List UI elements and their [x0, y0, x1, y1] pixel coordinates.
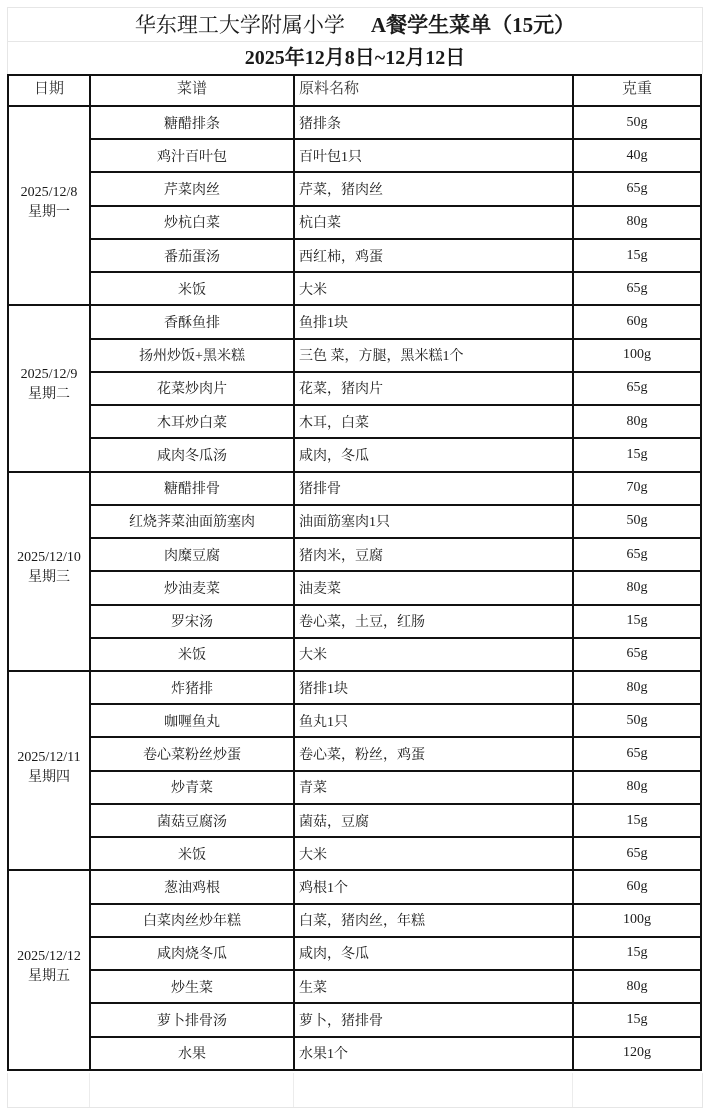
table-header-row: 日期 菜谱 原料名称 克重	[9, 76, 700, 107]
table-row: 米饭 大米 65g	[91, 838, 700, 869]
dish-cell: 鸡汁百叶包	[91, 140, 295, 171]
date-label: 2025/12/9	[21, 365, 78, 385]
date-cell: 2025/12/10 星期三	[9, 473, 91, 670]
table-row: 水果 水果1个 120g	[91, 1038, 700, 1069]
school-name: 华东理工大学附属小学	[135, 13, 345, 37]
day-group: 2025/12/11 星期四 炸猪排 猪排1块 80g 咖喱鱼丸 鱼丸1只 50…	[9, 672, 700, 871]
page-title: 华东理工大学附属小学A餐学生菜单（15元）	[8, 8, 702, 42]
day-items: 炸猪排 猪排1块 80g 咖喱鱼丸 鱼丸1只 50g 卷心菜粉丝炒蛋 卷心菜，粉…	[91, 672, 700, 869]
ingredients-cell: 大米	[295, 639, 574, 670]
weight-cell: 80g	[574, 672, 700, 703]
weight-cell: 15g	[574, 938, 700, 969]
weight-cell: 65g	[574, 273, 700, 304]
table-row: 卷心菜粉丝炒蛋 卷心菜，粉丝，鸡蛋 65g	[91, 738, 700, 771]
date-label: 2025/12/12	[17, 947, 81, 967]
dish-cell: 咖喱鱼丸	[91, 705, 295, 736]
weight-cell: 65g	[574, 838, 700, 869]
table-row: 炒青菜 青菜 80g	[91, 772, 700, 805]
weight-cell: 100g	[574, 905, 700, 936]
day-group: 2025/12/10 星期三 糖醋排骨 猪排骨 70g 红烧荠菜油面筋塞肉 油面…	[9, 473, 700, 672]
day-items: 葱油鸡根 鸡根1个 60g 白菜肉丝炒年糕 白菜，猪肉丝，年糕 100g 咸肉烧…	[91, 871, 700, 1068]
date-range-subtitle: 2025年12月8日~12月12日	[8, 42, 702, 74]
weekday-label: 星期一	[28, 203, 70, 223]
day-items: 糖醋排骨 猪排骨 70g 红烧荠菜油面筋塞肉 油面筋塞肉1只 50g 肉糜豆腐 …	[91, 473, 700, 670]
dish-cell: 菌菇豆腐汤	[91, 805, 295, 836]
table-row: 红烧荠菜油面筋塞肉 油面筋塞肉1只 50g	[91, 506, 700, 539]
ingredients-cell: 猪排1块	[295, 672, 574, 703]
dish-cell: 扬州炒饭+黑米糕	[91, 340, 295, 371]
weekday-label: 星期三	[28, 568, 70, 588]
table-row: 糖醋排骨 猪排骨 70g	[91, 473, 700, 506]
date-cell: 2025/12/11 星期四	[9, 672, 91, 869]
dish-cell: 米饭	[91, 838, 295, 869]
dish-cell: 咸肉烧冬瓜	[91, 938, 295, 969]
ingredients-cell: 鱼排1块	[295, 306, 574, 337]
dish-cell: 炒青菜	[91, 772, 295, 803]
weight-cell: 80g	[574, 772, 700, 803]
header-weight: 克重	[574, 76, 700, 105]
table-row: 菌菇豆腐汤 菌菇，豆腐 15g	[91, 805, 700, 838]
weight-cell: 70g	[574, 473, 700, 504]
day-group: 2025/12/8 星期一 糖醋排条 猪排条 50g 鸡汁百叶包 百叶包1只 4…	[9, 107, 700, 306]
dish-cell: 糖醋排条	[91, 107, 295, 138]
weekday-label: 星期二	[28, 385, 70, 405]
weight-cell: 15g	[574, 606, 700, 637]
dish-cell: 番茄蛋汤	[91, 240, 295, 271]
weight-cell: 120g	[574, 1038, 700, 1069]
weight-cell: 65g	[574, 738, 700, 769]
ingredients-cell: 青菜	[295, 772, 574, 803]
empty-cell	[294, 1073, 573, 1107]
ingredients-cell: 咸肉，冬瓜	[295, 938, 574, 969]
weekday-label: 星期五	[28, 967, 70, 987]
dish-cell: 白菜肉丝炒年糕	[91, 905, 295, 936]
weight-cell: 15g	[574, 805, 700, 836]
dish-cell: 红烧荠菜油面筋塞肉	[91, 506, 295, 537]
day-items: 糖醋排条 猪排条 50g 鸡汁百叶包 百叶包1只 40g 芹菜肉丝 芹菜，猪肉丝…	[91, 107, 700, 304]
weight-cell: 50g	[574, 107, 700, 138]
weight-cell: 80g	[574, 572, 700, 603]
dish-cell: 糖醋排骨	[91, 473, 295, 504]
table-row: 鸡汁百叶包 百叶包1只 40g	[91, 140, 700, 173]
date-cell: 2025/12/9 星期二	[9, 306, 91, 470]
ingredients-cell: 大米	[295, 838, 574, 869]
table-row: 香酥鱼排 鱼排1块 60g	[91, 306, 700, 339]
weight-cell: 80g	[574, 971, 700, 1002]
weight-cell: 40g	[574, 140, 700, 171]
date-label: 2025/12/10	[17, 548, 81, 568]
dish-cell: 萝卜排骨汤	[91, 1004, 295, 1035]
table-row: 糖醋排条 猪排条 50g	[91, 107, 700, 140]
date-cell: 2025/12/8 星期一	[9, 107, 91, 304]
empty-grid-row	[7, 1073, 703, 1108]
dish-cell: 炸猪排	[91, 672, 295, 703]
header-dish: 菜谱	[91, 76, 295, 105]
table-row: 芹菜肉丝 芹菜，猪肉丝 65g	[91, 173, 700, 206]
ingredients-cell: 猪肉米，豆腐	[295, 539, 574, 570]
dish-cell: 米饭	[91, 273, 295, 304]
ingredients-cell: 猪排骨	[295, 473, 574, 504]
day-items: 香酥鱼排 鱼排1块 60g 扬州炒饭+黑米糕 三色 菜，方腿，黑米糕1个 100…	[91, 306, 700, 470]
ingredients-cell: 油麦菜	[295, 572, 574, 603]
ingredients-cell: 水果1个	[295, 1038, 574, 1069]
dish-cell: 卷心菜粉丝炒蛋	[91, 738, 295, 769]
weight-cell: 80g	[574, 207, 700, 238]
table-row: 肉糜豆腐 猪肉米，豆腐 65g	[91, 539, 700, 572]
table-row: 萝卜排骨汤 萝卜，猪排骨 15g	[91, 1004, 700, 1037]
table-row: 咸肉冬瓜汤 咸肉，冬瓜 15g	[91, 439, 700, 470]
table-row: 炒生菜 生菜 80g	[91, 971, 700, 1004]
dish-cell: 花菜炒肉片	[91, 373, 295, 404]
ingredients-cell: 三色 菜，方腿，黑米糕1个	[295, 340, 574, 371]
dish-cell: 炒杭白菜	[91, 207, 295, 238]
day-group: 2025/12/12 星期五 葱油鸡根 鸡根1个 60g 白菜肉丝炒年糕 白菜，…	[9, 871, 700, 1068]
dish-cell: 咸肉冬瓜汤	[91, 439, 295, 470]
table-row: 米饭 大米 65g	[91, 273, 700, 304]
ingredients-cell: 菌菇，豆腐	[295, 805, 574, 836]
ingredients-cell: 鱼丸1只	[295, 705, 574, 736]
date-label: 2025/12/8	[21, 183, 78, 203]
weekday-label: 星期四	[28, 768, 70, 788]
header-date: 日期	[9, 76, 91, 105]
weight-cell: 65g	[574, 373, 700, 404]
empty-cell	[8, 1073, 90, 1107]
weight-cell: 60g	[574, 871, 700, 902]
weight-cell: 80g	[574, 406, 700, 437]
ingredients-cell: 鸡根1个	[295, 871, 574, 902]
dish-cell: 水果	[91, 1038, 295, 1069]
table-row: 葱油鸡根 鸡根1个 60g	[91, 871, 700, 904]
weight-cell: 15g	[574, 439, 700, 470]
dish-cell: 炒生菜	[91, 971, 295, 1002]
ingredients-cell: 猪排条	[295, 107, 574, 138]
ingredients-cell: 西红柿，鸡蛋	[295, 240, 574, 271]
dish-cell: 炒油麦菜	[91, 572, 295, 603]
ingredients-cell: 卷心菜，土豆，红肠	[295, 606, 574, 637]
ingredients-cell: 生菜	[295, 971, 574, 1002]
title-block: 华东理工大学附属小学A餐学生菜单（15元） 2025年12月8日~12月12日	[7, 7, 703, 74]
dish-cell: 葱油鸡根	[91, 871, 295, 902]
dish-cell: 香酥鱼排	[91, 306, 295, 337]
empty-cell	[573, 1073, 702, 1107]
table-row: 花菜炒肉片 花菜，猪肉片 65g	[91, 373, 700, 406]
dish-cell: 米饭	[91, 639, 295, 670]
ingredients-cell: 油面筋塞肉1只	[295, 506, 574, 537]
table-row: 白菜肉丝炒年糕 白菜，猪肉丝，年糕 100g	[91, 905, 700, 938]
table-row: 罗宋汤 卷心菜，土豆，红肠 15g	[91, 606, 700, 639]
weight-cell: 50g	[574, 506, 700, 537]
table-row: 米饭 大米 65g	[91, 639, 700, 670]
weight-cell: 15g	[574, 240, 700, 271]
weight-cell: 65g	[574, 539, 700, 570]
date-cell: 2025/12/12 星期五	[9, 871, 91, 1068]
ingredients-cell: 卷心菜，粉丝，鸡蛋	[295, 738, 574, 769]
table-row: 木耳炒白菜 木耳，白菜 80g	[91, 406, 700, 439]
dish-cell: 木耳炒白菜	[91, 406, 295, 437]
dish-cell: 肉糜豆腐	[91, 539, 295, 570]
day-group: 2025/12/9 星期二 香酥鱼排 鱼排1块 60g 扬州炒饭+黑米糕 三色 …	[9, 306, 700, 472]
table-row: 咸肉烧冬瓜 咸肉，冬瓜 15g	[91, 938, 700, 971]
ingredients-cell: 白菜，猪肉丝，年糕	[295, 905, 574, 936]
dish-cell: 罗宋汤	[91, 606, 295, 637]
ingredients-cell: 杭白菜	[295, 207, 574, 238]
table-row: 扬州炒饭+黑米糕 三色 菜，方腿，黑米糕1个 100g	[91, 340, 700, 373]
table-row: 炸猪排 猪排1块 80g	[91, 672, 700, 705]
dish-cell: 芹菜肉丝	[91, 173, 295, 204]
weight-cell: 65g	[574, 173, 700, 204]
ingredients-cell: 萝卜，猪排骨	[295, 1004, 574, 1035]
ingredients-cell: 咸肉，冬瓜	[295, 439, 574, 470]
weight-cell: 100g	[574, 340, 700, 371]
ingredients-cell: 大米	[295, 273, 574, 304]
ingredients-cell: 花菜，猪肉片	[295, 373, 574, 404]
table-row: 炒油麦菜 油麦菜 80g	[91, 572, 700, 605]
ingredients-cell: 百叶包1只	[295, 140, 574, 171]
weight-cell: 50g	[574, 705, 700, 736]
table-row: 咖喱鱼丸 鱼丸1只 50g	[91, 705, 700, 738]
weight-cell: 60g	[574, 306, 700, 337]
empty-cell	[90, 1073, 294, 1107]
table-body: 2025/12/8 星期一 糖醋排条 猪排条 50g 鸡汁百叶包 百叶包1只 4…	[9, 107, 700, 1069]
weight-cell: 15g	[574, 1004, 700, 1035]
table-row: 炒杭白菜 杭白菜 80g	[91, 207, 700, 240]
table-row: 番茄蛋汤 西红柿，鸡蛋 15g	[91, 240, 700, 273]
meal-name: A餐学生菜单（15元）	[371, 13, 575, 37]
ingredients-cell: 芹菜，猪肉丝	[295, 173, 574, 204]
date-label: 2025/12/11	[17, 748, 80, 768]
menu-table: 日期 菜谱 原料名称 克重 2025/12/8 星期一 糖醋排条 猪排条 50g…	[7, 74, 702, 1071]
header-ingredients: 原料名称	[295, 76, 574, 105]
weight-cell: 65g	[574, 639, 700, 670]
ingredients-cell: 木耳，白菜	[295, 406, 574, 437]
